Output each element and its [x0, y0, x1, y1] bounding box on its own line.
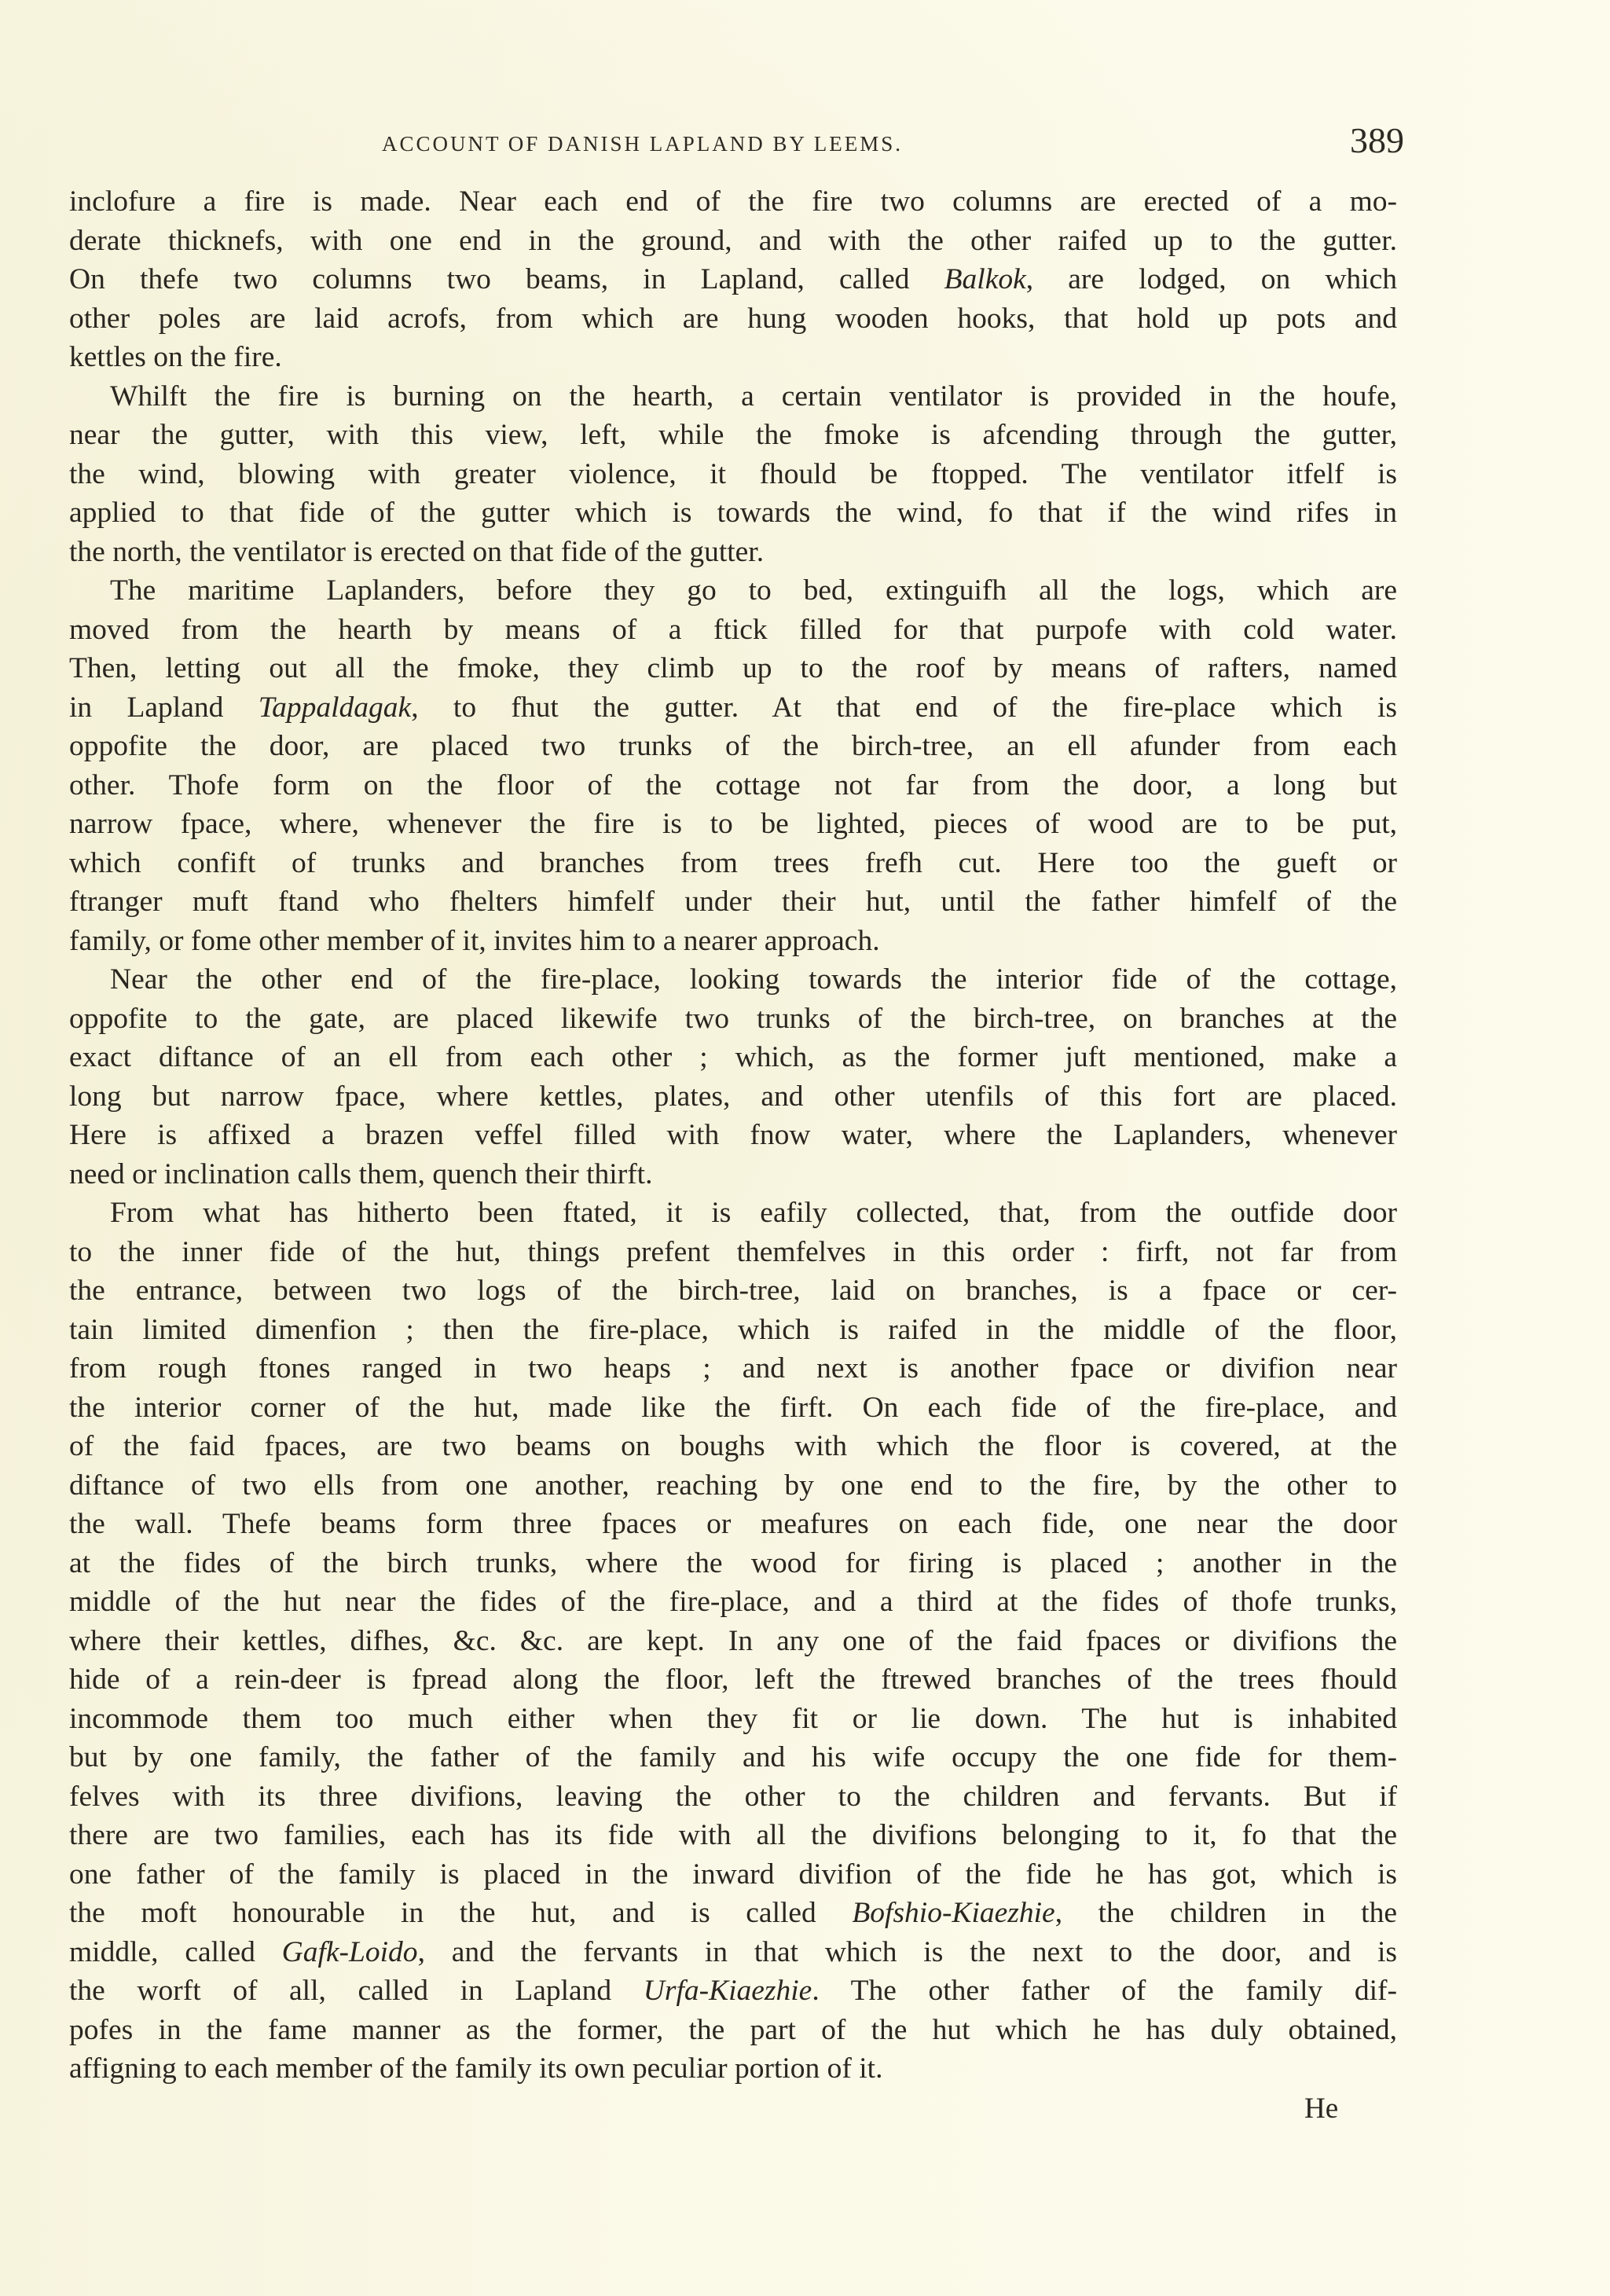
text-line: there are two families, each has its fid…: [69, 1816, 1397, 1855]
text-line: oppofite the door, are placed two trunks…: [69, 727, 1397, 766]
line-text: the wind, blowing with greater violence,…: [69, 458, 1397, 490]
line-text: tain limited dimenfion ; then the fire-p…: [69, 1314, 1397, 1346]
catchword: He: [1304, 2092, 1338, 2125]
text-line: at the fides of the birch trunks, where …: [69, 1544, 1397, 1583]
line-text: oppofite the door, are placed two trunks…: [69, 730, 1397, 762]
line-text: where their kettles, difhes, &c. &c. are…: [69, 1625, 1397, 1657]
text-line: Near the other end of the fire-place, lo…: [69, 960, 1397, 999]
text-line: diftance of two ells from one another, r…: [69, 1466, 1397, 1506]
running-head: ACCOUNT OF DANISH LAPLAND BY LEEMS.: [382, 132, 903, 156]
line-text: the north, the ventilator is erected on …: [69, 536, 764, 568]
page-number: 389: [1350, 119, 1404, 161]
text-line: the moft honourable in the hut, and is c…: [69, 1894, 1397, 1933]
line-text: at the fides of the birch trunks, where …: [69, 1547, 1397, 1579]
line-text: affigning to each member of the family i…: [69, 2052, 882, 2085]
text-line: felves with its three divifions, leaving…: [69, 1777, 1397, 1817]
line-text: oppofite to the gate, are placed likewif…: [69, 1003, 1397, 1035]
text-line: but by one family, the father of the fam…: [69, 1738, 1397, 1777]
text-line: which confift of trunks and branches fro…: [69, 844, 1397, 883]
italic-term: Gafk-Loido: [282, 1936, 418, 1968]
line-text: to the inner fide of the hut, things pre…: [69, 1236, 1397, 1268]
text-line: affigning to each member of the family i…: [69, 2049, 1397, 2089]
text-line: to the inner fide of the hut, things pre…: [69, 1233, 1397, 1272]
text-line: family, or fome other member of it, invi…: [69, 922, 1397, 961]
italic-term: Tappaldagak: [259, 691, 411, 724]
text-line: the entrance, between two logs of the bi…: [69, 1271, 1397, 1311]
text-line: middle, called Gafk-Loido, and the ferva…: [69, 1933, 1397, 1972]
line-text: Here is affixed a brazen veffel filled w…: [69, 1119, 1397, 1151]
text-line: oppofite to the gate, are placed likewif…: [69, 999, 1397, 1039]
line-text: incommode them too much either when they…: [69, 1703, 1397, 1735]
italic-term: Urfa-Kiaezhie: [644, 1975, 812, 2007]
line-text: diftance of two ells from one another, r…: [69, 1469, 1397, 1502]
line-text: the entrance, between two logs of the bi…: [69, 1275, 1397, 1307]
line-text: , to fhut the gutter. At that end of the…: [411, 691, 1397, 724]
line-text: the wall. Thefe beams form three fpaces …: [69, 1508, 1397, 1540]
line-text: near the gutter, with this view, left, w…: [69, 419, 1397, 451]
text-line: one father of the family is placed in th…: [69, 1855, 1397, 1894]
text-line: Here is affixed a brazen veffel filled w…: [69, 1116, 1397, 1155]
line-text: but by one family, the father of the fam…: [69, 1741, 1397, 1773]
text-line: long but narrow fpace, where kettles, pl…: [69, 1077, 1397, 1117]
text-line: the north, the ventilator is erected on …: [69, 533, 1397, 572]
line-text: need or inclination calls them, quench t…: [69, 1158, 652, 1190]
text-line: of the faid fpaces, are two beams on bou…: [69, 1427, 1397, 1466]
text-line: derate thicknefs, with one end in the gr…: [69, 222, 1397, 261]
line-text: in Lapland: [69, 691, 259, 724]
text-line: other. Thofe form on the floor of the co…: [69, 766, 1397, 805]
text-line: On thefe two columns two beams, in Lapla…: [69, 260, 1397, 299]
line-text: other poles are laid acrofs, from which …: [69, 303, 1397, 335]
text-line: moved from the hearth by means of a ftic…: [69, 611, 1397, 650]
text-line: the interior corner of the hut, made lik…: [69, 1388, 1397, 1428]
text-line: kettles on the fire.: [69, 338, 1397, 377]
line-text: middle of the hut near the fides of the …: [69, 1586, 1397, 1618]
line-text: Whilft the fire is burning on the hearth…: [110, 380, 1397, 413]
line-text: , and the fervants in that which is the …: [418, 1936, 1397, 1968]
line-text: moved from the hearth by means of a ftic…: [69, 614, 1397, 646]
line-text: Then, letting out all the fmoke, they cl…: [69, 652, 1397, 684]
line-text: family, or fome other member of it, invi…: [69, 925, 880, 957]
text-line: applied to that fide of the gutter which…: [69, 493, 1397, 533]
line-text: , are lodged, on which: [1026, 263, 1397, 295]
line-text: the interior corner of the hut, made lik…: [69, 1392, 1397, 1424]
line-text: derate thicknefs, with one end in the gr…: [69, 225, 1397, 257]
line-text: On thefe two columns two beams, in Lapla…: [69, 263, 944, 295]
line-text: , the children in the: [1055, 1897, 1397, 1929]
line-text: hide of a rein-deer is fpread along the …: [69, 1663, 1397, 1696]
text-line: inclofure a fire is made. Near each end …: [69, 182, 1397, 222]
line-text: the worft of all, called in Lapland: [69, 1975, 644, 2007]
text-line: where their kettles, difhes, &c. &c. are…: [69, 1622, 1397, 1661]
text-line: in Lapland Tappaldagak, to fhut the gutt…: [69, 688, 1397, 728]
text-line: incommode them too much either when they…: [69, 1700, 1397, 1739]
line-text: middle, called: [69, 1936, 282, 1968]
line-text: applied to that fide of the gutter which…: [69, 497, 1397, 529]
line-text: . The other father of the family dif-: [812, 1975, 1397, 2007]
line-text: inclofure a fire is made. Near each end …: [69, 185, 1397, 218]
italic-term: Bofshio-Kiaezhie: [852, 1897, 1054, 1929]
line-text: of the faid fpaces, are two beams on bou…: [69, 1430, 1397, 1462]
line-text: exact diftance of an ell from each other…: [69, 1041, 1397, 1073]
italic-term: Balkok: [944, 263, 1026, 295]
text-line: near the gutter, with this view, left, w…: [69, 416, 1397, 455]
text-line: need or inclination calls them, quench t…: [69, 1155, 1397, 1194]
line-text: long but narrow fpace, where kettles, pl…: [69, 1080, 1397, 1113]
line-text: the moft honourable in the hut, and is c…: [69, 1897, 852, 1929]
text-line: from rough ftones ranged in two heaps ; …: [69, 1349, 1397, 1388]
line-text: felves with its three divifions, leaving…: [69, 1781, 1397, 1813]
text-line: hide of a rein-deer is fpread along the …: [69, 1660, 1397, 1700]
line-text: From what has hitherto been ftated, it i…: [110, 1197, 1397, 1229]
line-text: pofes in the fame manner as the former, …: [69, 2014, 1397, 2046]
line-text: narrow fpace, where, whenever the fire i…: [69, 808, 1397, 840]
text-line: Then, letting out all the fmoke, they cl…: [69, 649, 1397, 688]
text-line: the worft of all, called in Lapland Urfa…: [69, 1971, 1397, 2011]
line-text: The maritime Laplanders, before they go …: [110, 574, 1397, 607]
text-line: exact diftance of an ell from each other…: [69, 1038, 1397, 1077]
line-text: one father of the family is placed in th…: [69, 1858, 1397, 1891]
body-text: inclofure a fire is made. Near each end …: [69, 182, 1397, 2089]
scanned-book-page: ACCOUNT OF DANISH LAPLAND BY LEEMS. 389 …: [0, 0, 1610, 2296]
line-text: other. Thofe form on the floor of the co…: [69, 769, 1397, 801]
text-line: From what has hitherto been ftated, it i…: [69, 1194, 1397, 1233]
line-text: Near the other end of the fire-place, lo…: [110, 963, 1397, 996]
text-line: other poles are laid acrofs, from which …: [69, 299, 1397, 339]
line-text: ftranger muft ftand who fhelters himfelf…: [69, 886, 1397, 918]
text-line: the wind, blowing with greater violence,…: [69, 455, 1397, 494]
text-line: middle of the hut near the fides of the …: [69, 1583, 1397, 1622]
text-line: The maritime Laplanders, before they go …: [69, 571, 1397, 611]
text-line: narrow fpace, where, whenever the fire i…: [69, 805, 1397, 844]
line-text: there are two families, each has its fid…: [69, 1819, 1397, 1851]
text-line: Whilft the fire is burning on the hearth…: [69, 377, 1397, 416]
text-line: the wall. Thefe beams form three fpaces …: [69, 1505, 1397, 1544]
line-text: kettles on the fire.: [69, 341, 282, 373]
text-line: ftranger muft ftand who fhelters himfelf…: [69, 882, 1397, 922]
text-line: pofes in the fame manner as the former, …: [69, 2011, 1397, 2050]
line-text: from rough ftones ranged in two heaps ; …: [69, 1352, 1397, 1385]
line-text: which confift of trunks and branches fro…: [69, 847, 1397, 879]
text-line: tain limited dimenfion ; then the fire-p…: [69, 1311, 1397, 1350]
